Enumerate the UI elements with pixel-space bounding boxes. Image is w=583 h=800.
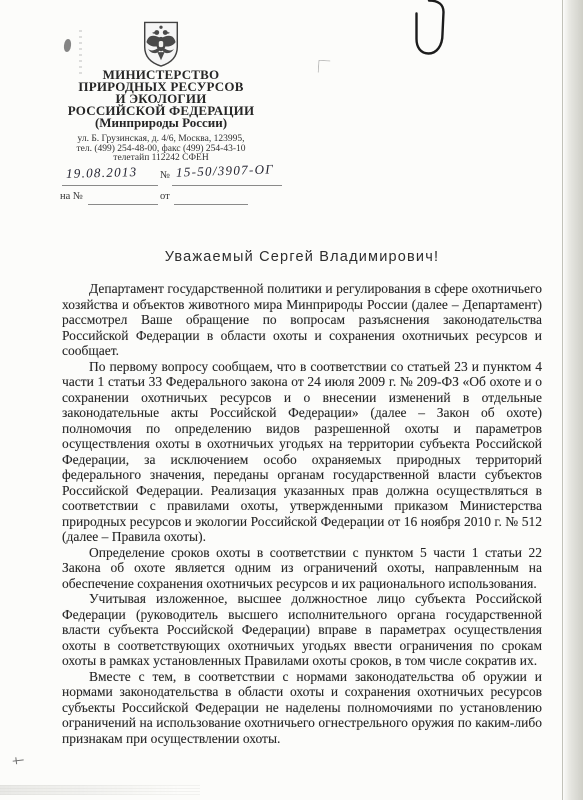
salutation: Уважаемый Сергей Владимирович! xyxy=(62,249,542,265)
incoming-ref-label: на № xyxy=(60,191,83,202)
reference-block: 19.08.2013 № 15-50/3907-ОГ на № от xyxy=(60,164,300,208)
paperclip-icon xyxy=(403,0,449,60)
incoming-date-underline xyxy=(174,204,248,205)
ministry-short-name: (Минприроды России) xyxy=(36,117,286,129)
letter-paragraph: Учитывая изложенное, высшее должностное … xyxy=(62,591,542,669)
ministry-address: ул. Б. Грузинская, д. 4/6, Москва, 12399… xyxy=(36,135,286,164)
handwritten-date: 19.08.2013 xyxy=(66,164,138,182)
pen-tick-mark xyxy=(13,759,25,766)
scanned-letter-page: МИНИСТЕРСТВО ПРИРОДНЫХ РЕСУРСОВ И ЭКОЛОГ… xyxy=(0,0,583,800)
letter-paragraph: Определение сроков охоты в соответствии … xyxy=(62,545,542,592)
letter-paragraph: Вместе с тем, в соответствии с нормами з… xyxy=(62,669,542,747)
letterhead: МИНИСТЕРСТВО ПРИРОДНЫХ РЕСУРСОВ И ЭКОЛОГ… xyxy=(36,21,286,164)
ministry-name: МИНИСТЕРСТВО ПРИРОДНЫХ РЕСУРСОВ И ЭКОЛОГ… xyxy=(36,69,286,117)
date-underline xyxy=(62,185,158,186)
letter-paragraph: По первому вопросу сообщаем, что в соотв… xyxy=(62,359,542,545)
incoming-ref-underline xyxy=(88,204,158,205)
faint-pen-mark xyxy=(318,60,331,74)
coat-of-arms-icon xyxy=(140,21,182,67)
number-underline xyxy=(172,185,282,186)
scan-streaks xyxy=(0,785,200,795)
letter-paragraph: Департамент государственной политики и р… xyxy=(62,281,542,359)
handwritten-outgoing-number: 15-50/3907-ОГ xyxy=(176,161,274,180)
number-sign-label: № xyxy=(160,170,170,181)
incoming-date-label: от xyxy=(160,191,170,202)
letter-body: Департамент государственной политики и р… xyxy=(62,281,542,746)
scan-edge-shadow xyxy=(562,0,583,800)
